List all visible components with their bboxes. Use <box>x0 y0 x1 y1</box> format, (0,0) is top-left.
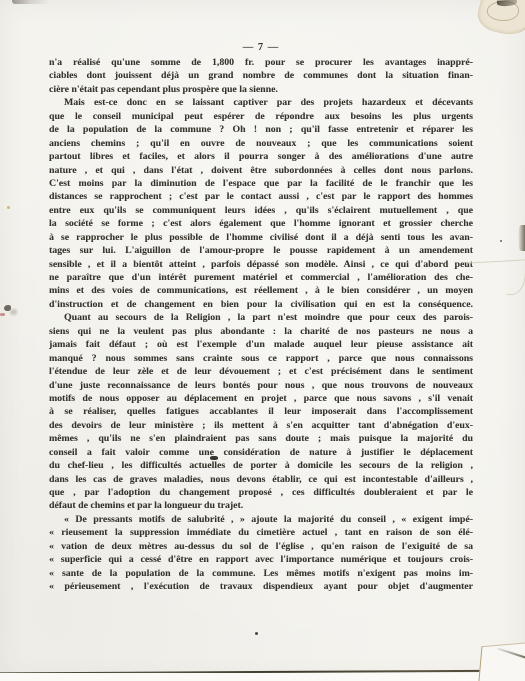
text-line: Mais est-ce donc en se laissant captiver… <box>49 96 473 109</box>
text-line: ciables dont jouissent déjà un grand nom… <box>49 69 473 82</box>
text-line: l'étendue de leur zèle et de leur dévoue… <box>49 365 473 378</box>
text-line: « De pressants motifs de salubrité , » a… <box>49 513 473 526</box>
text-line: ne paraître que d'un intérêt purement ma… <box>49 271 473 284</box>
text-line: « vation de deux mètres au-dessus du sol… <box>49 540 473 553</box>
dust-speck <box>255 632 258 635</box>
text-line: jamais fait défaut ; où est l'exemple d'… <box>49 338 473 351</box>
text-line: d'une juste reconnaissance de leurs bont… <box>49 379 473 392</box>
text-line: à se rapprocher le plus possible de l'ho… <box>49 231 473 244</box>
text-line: « rieusement la suppression immédiate du… <box>49 526 473 539</box>
text-line: motifs de nous opposer au déplacement en… <box>49 392 473 405</box>
text-line: tages sur lui. L'aiguillon de l'amour-pr… <box>49 244 473 257</box>
text-line: « superficie qui a cessé d'être en rappo… <box>49 553 473 566</box>
scan-smudge-right-edge <box>518 225 525 251</box>
text-line: des devoirs de leur ministère ; ils mett… <box>49 419 473 432</box>
text-line: « sante de la population de la commune. … <box>49 567 473 580</box>
text-line: nature , et qui , dans l'état , doivent … <box>49 164 473 177</box>
text-line: « périeusement , l'exécution de travaux … <box>49 580 473 593</box>
text-line: Quant au secours de la Religion , la par… <box>49 311 473 324</box>
text-line: que , par l'adoption du changement propo… <box>49 486 473 499</box>
text-line: cière n'était pas cependant plus prospèr… <box>49 83 473 96</box>
text-line: que le conseil municipal peut espérer de… <box>49 110 473 123</box>
dust-speck <box>500 240 502 242</box>
text-line: mins et des voies de communications, est… <box>49 284 473 297</box>
paper-crease-bottom-right <box>478 642 525 681</box>
text-line: la société se forme ; c'est alors égalem… <box>49 217 473 230</box>
dust-speck <box>0 313 5 316</box>
text-line: C'est moins par la diminution de l'espac… <box>49 177 473 190</box>
ink-blot <box>210 456 218 460</box>
text-line: à se réaliser, quelles fatigues accablan… <box>49 405 473 418</box>
text-line: n'a réalisé qu'une somme de 1,800 fr. po… <box>49 56 473 69</box>
scan-smudge-left-edge <box>4 305 11 311</box>
scanner-background-strip <box>0 673 525 681</box>
text-line: de la population de la commune ? Oh ! no… <box>49 123 473 136</box>
text-line: sensible , et il a bientôt atteint , par… <box>49 258 473 271</box>
text-line: défaut de chemins et par la longueur du … <box>49 499 473 512</box>
scanned-page: { "colors": { "paper": "#f4f3ee", "ink":… <box>0 0 525 681</box>
text-line: conseil a fait valoir comme une considér… <box>49 446 473 459</box>
text-line: du chef-lieu , les difficultés actuelles… <box>49 459 473 472</box>
dust-speck <box>7 206 10 209</box>
text-line: mêmes , qu'ils ne s'en plaindraient pas … <box>49 432 473 445</box>
text-line: distances se rapprochent ; c'est par le … <box>49 190 473 203</box>
scan-smudge-top-left <box>12 0 50 4</box>
text-line: anciens chemins ; qu'il en ouvre de nouv… <box>49 137 473 150</box>
page-number: — 7 — <box>49 42 473 53</box>
text-line: manqué ? nous sommes sans crainte sous c… <box>49 352 473 365</box>
text-line: d'instruction et de changement en bien p… <box>49 298 473 311</box>
text-line: entre eux qu'ils se communiquent leurs i… <box>49 204 473 217</box>
text-block: n'a réalisé qu'une somme de 1,800 fr. po… <box>49 56 473 594</box>
text-line: partout libres et faciles, et alors il p… <box>49 150 473 163</box>
text-line: siens qui ne la veulent pas plus abondan… <box>49 325 473 338</box>
text-line: dans les cas de graves maladies, nous de… <box>49 473 473 486</box>
